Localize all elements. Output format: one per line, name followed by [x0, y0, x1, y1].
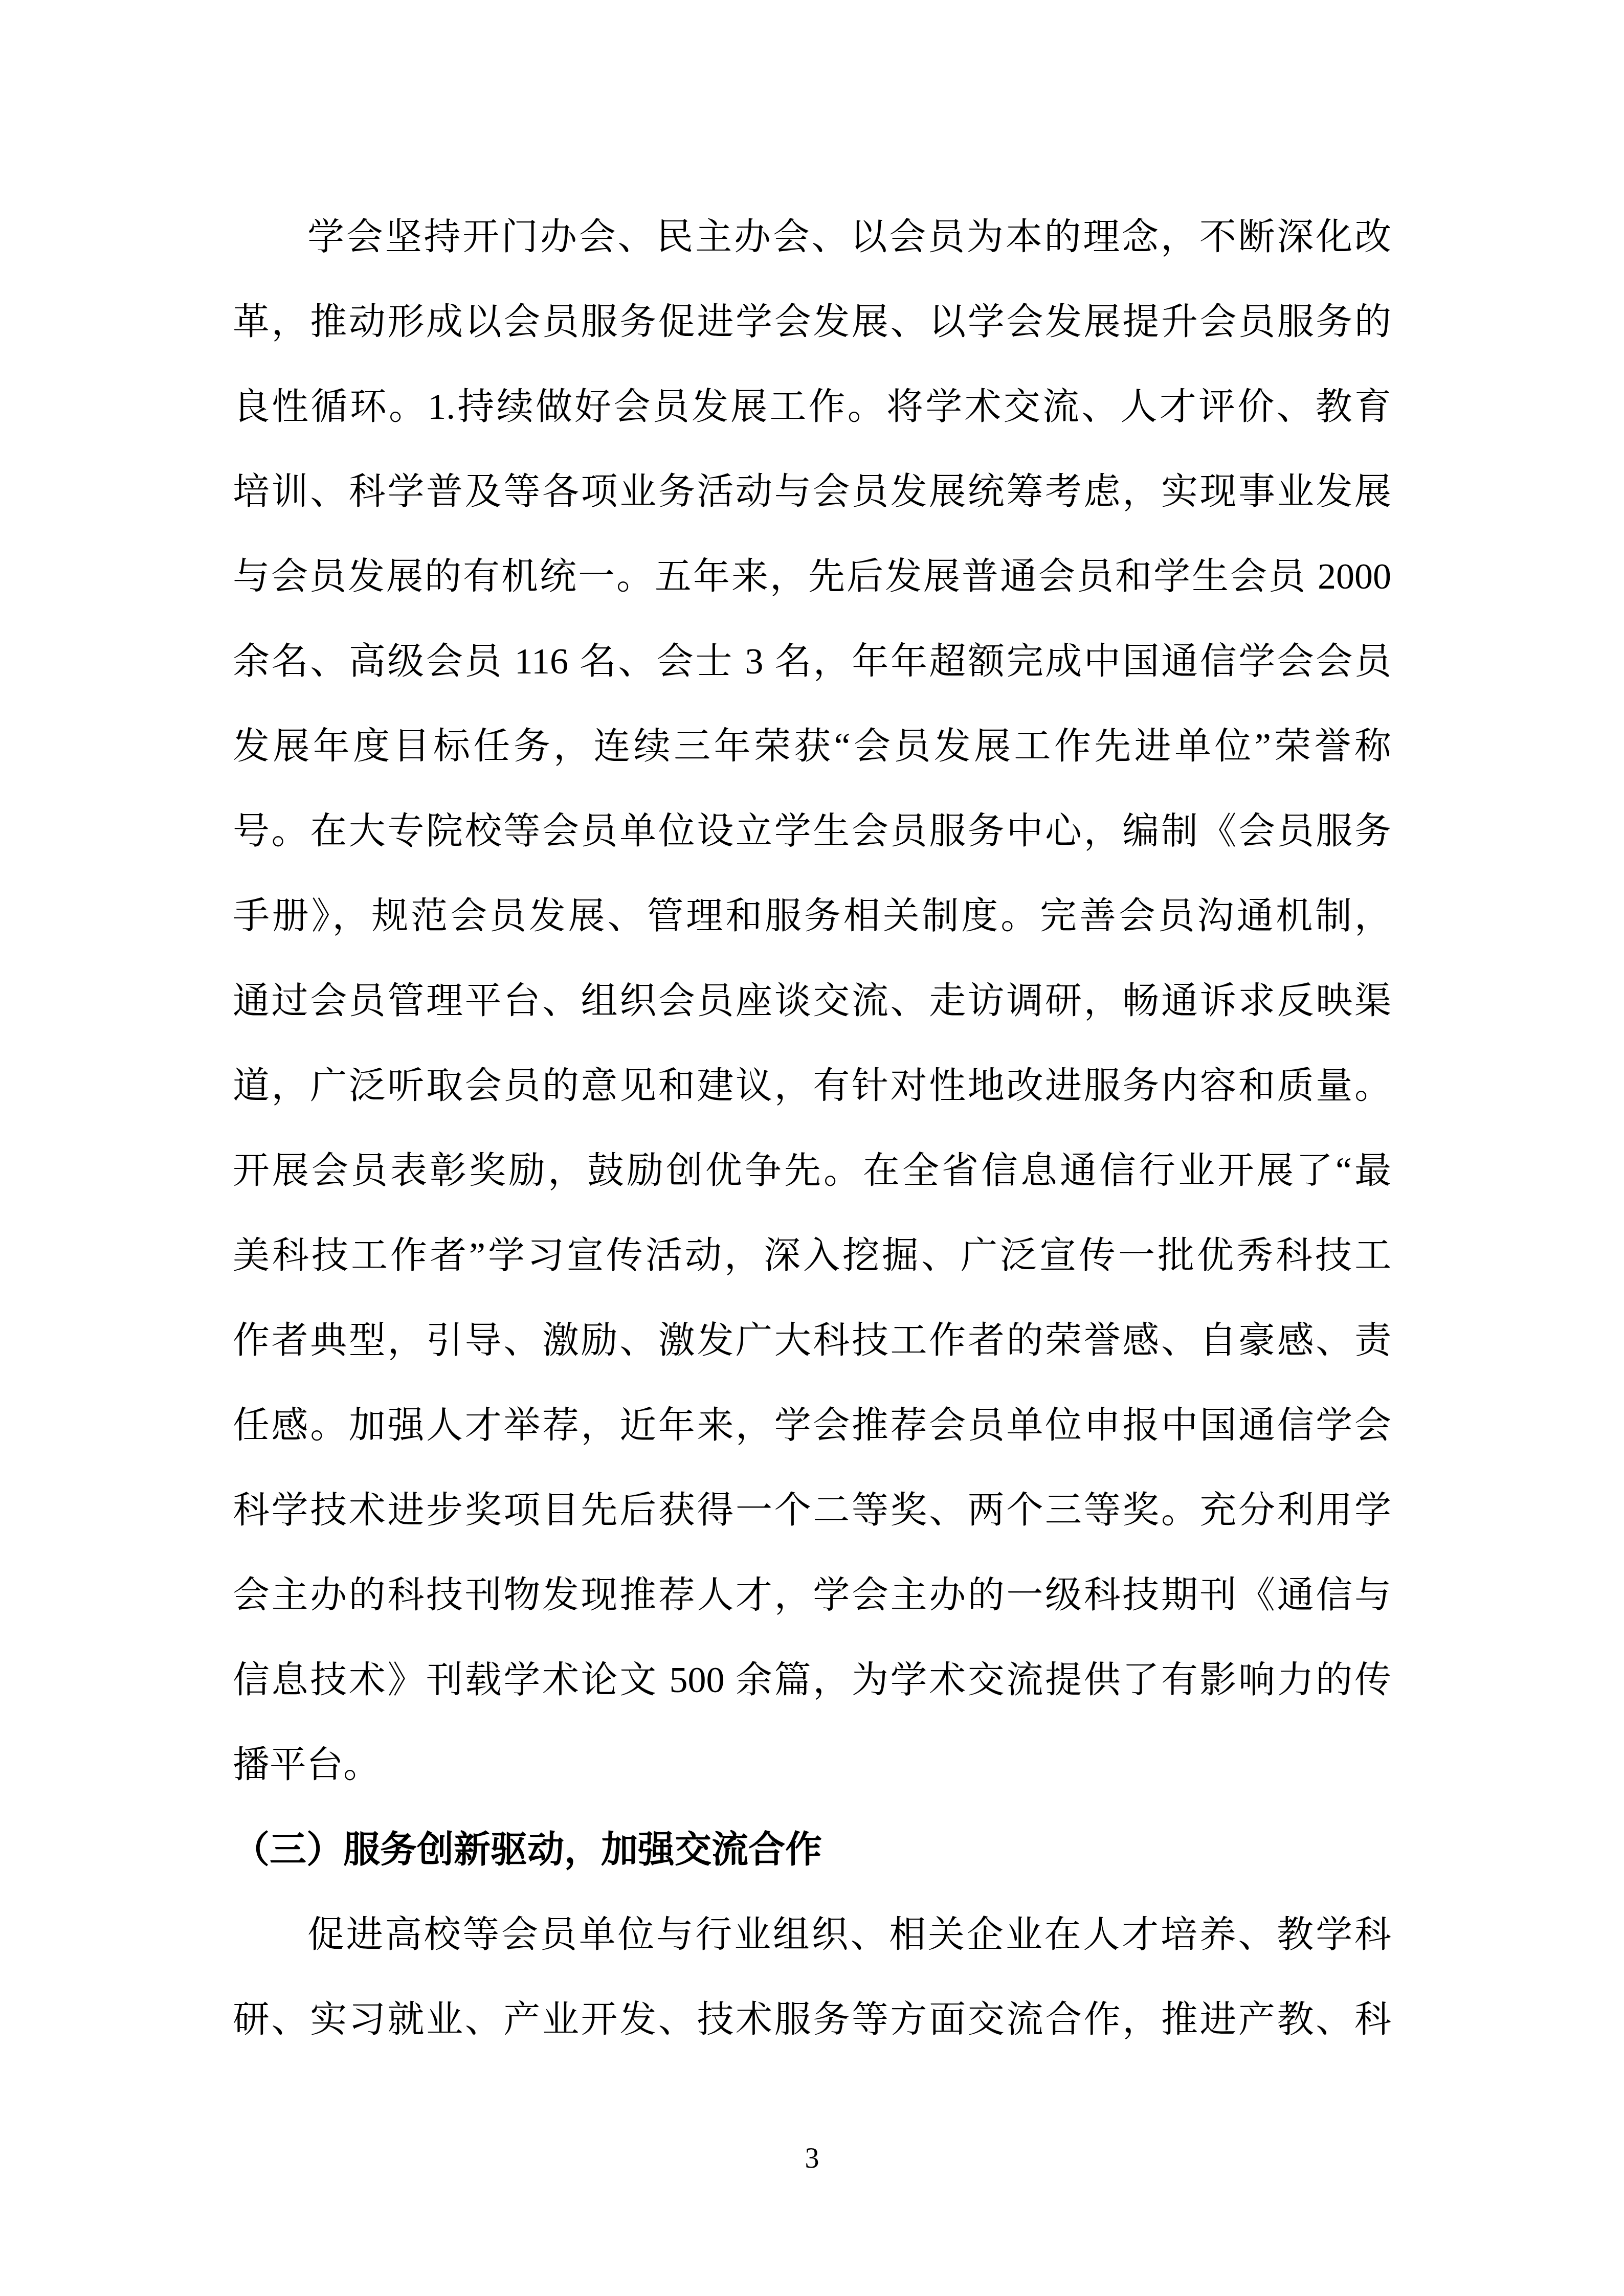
paragraph-line: 信息技术》刊载学术论文 500 余篇，为学术交流提供了有影响力的传 [233, 1637, 1391, 1722]
document-body: 学会坚持开门办会、民主办会、以会员为本的理念，不断深化改 革，推动形成以会员服务… [233, 194, 1391, 2062]
paragraph-line: 道，广泛听取会员的意见和建议，有针对性地改进服务内容和质量。 [233, 1043, 1391, 1128]
paragraph-line: 科学技术进步奖项目先后获得一个二等奖、两个三等奖。充分利用学 [233, 1468, 1391, 1552]
paragraph-line: 良性循环。1.持续做好会员发展工作。将学术交流、人才评价、教育 [233, 364, 1391, 449]
document-page: 学会坚持开门办会、民主办会、以会员为本的理念，不断深化改 革，推动形成以会员服务… [0, 0, 1624, 2296]
paragraph-line: 革，推动形成以会员服务促进学会发展、以学会发展提升会员服务的 [233, 279, 1391, 364]
paragraph-line: 作者典型，引导、激励、激发广大科技工作者的荣誉感、自豪感、责 [233, 1298, 1391, 1383]
paragraph-line: 研、实习就业、产业开发、技术服务等方面交流合作，推进产教、科 [233, 1977, 1391, 2062]
section-heading: （三）服务创新驱动，加强交流合作 [233, 1807, 1391, 1892]
paragraph-line: 播平台。 [233, 1722, 1391, 1807]
paragraph-line: 余名、高级会员 116 名、会士 3 名，年年超额完成中国通信学会会员 [233, 619, 1391, 704]
paragraph-line: 培训、科学普及等各项业务活动与会员发展统筹考虑，实现事业发展 [233, 449, 1391, 534]
paragraph-line: 通过会员管理平台、组织会员座谈交流、走访调研，畅通诉求反映渠 [233, 958, 1391, 1043]
page-number: 3 [0, 2141, 1624, 2176]
paragraph-line: 手册》，规范会员发展、管理和服务相关制度。完善会员沟通机制， [233, 873, 1391, 958]
paragraph-line: 任感。加强人才举荐，近年来，学会推荐会员单位申报中国通信学会 [233, 1383, 1391, 1468]
paragraph-line: 发展年度目标任务，连续三年荣获“会员发展工作先进单位”荣誉称 [233, 704, 1391, 789]
paragraph-line: 促进高校等会员单位与行业组织、相关企业在人才培养、教学科 [233, 1892, 1391, 1977]
paragraph-line: 开展会员表彰奖励，鼓励创优争先。在全省信息通信行业开展了“最 [233, 1128, 1391, 1213]
paragraph-line: 学会坚持开门办会、民主办会、以会员为本的理念，不断深化改 [233, 194, 1391, 279]
paragraph-line: 美科技工作者”学习宣传活动，深入挖掘、广泛宣传一批优秀科技工 [233, 1213, 1391, 1298]
paragraph-line: 会主办的科技刊物发现推荐人才，学会主办的一级科技期刊《通信与 [233, 1552, 1391, 1637]
paragraph-line: 号。在大专院校等会员单位设立学生会员服务中心，编制《会员服务 [233, 789, 1391, 873]
paragraph-line: 与会员发展的有机统一。五年来，先后发展普通会员和学生会员 2000 [233, 534, 1391, 619]
